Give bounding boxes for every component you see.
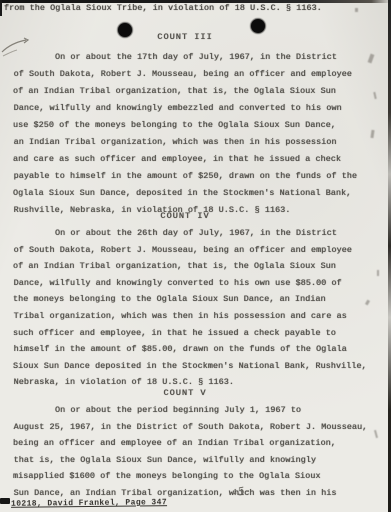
hole-punch-icon xyxy=(251,19,265,33)
text-line: and care as such officer and employee, i… xyxy=(13,151,356,168)
text-line: of South Dakota, Robert J. Mousseau, bei… xyxy=(14,242,368,259)
scanned-document-page: from the Oglala Sioux Tribe, in violatio… xyxy=(0,0,391,512)
count-v-heading: COUNT V xyxy=(0,388,370,398)
count-iv-body: On or about the 26th day of July, 1967, … xyxy=(13,225,367,391)
text-line: August 25, 1967, in the District of Sout… xyxy=(14,419,368,436)
text-line: Oglala Sioux Sun Dance, deposited in the… xyxy=(13,185,356,202)
text-line: misapplied $1600 of the moneys belonging… xyxy=(13,468,367,485)
scan-smudge xyxy=(373,92,376,99)
scan-smudge xyxy=(355,8,358,12)
scan-smudge xyxy=(370,130,374,138)
text-line: Tribal organization, which was then in h… xyxy=(14,308,368,325)
scan-smudge xyxy=(374,430,378,438)
text-line: use $250 of the moneys belonging to the … xyxy=(13,117,356,134)
text-line: being an officer and employee of an Indi… xyxy=(13,435,367,452)
text-line: Dance, wilfully and knowingly converted … xyxy=(14,275,368,292)
scan-edge-left xyxy=(0,0,2,16)
count-v-body: On or about the period beginning July 1,… xyxy=(13,402,367,502)
text-line: payable to himself in the amount of $250… xyxy=(14,168,357,185)
text-line: On or about the 17th day of July, 1967, … xyxy=(13,49,356,66)
text-line: Sioux Sun Dance deposited in the Stockme… xyxy=(13,358,367,375)
count-iii-body: On or about the 17th day of July, 1967, … xyxy=(13,49,356,219)
archive-footer-label: 10218, David Frankel, Page 347 xyxy=(11,498,167,509)
text-line: that is, the Oglala Sioux Sun Dance, wil… xyxy=(14,452,368,469)
text-line: On or about the 26th day of July, 1967, … xyxy=(13,225,367,242)
text-line: of an Indian Tribal organization, that i… xyxy=(13,258,367,275)
scan-edge-blob xyxy=(0,498,10,504)
text-line: an Indian Tribal organization, which was… xyxy=(14,134,357,151)
text-line: himself in the amount of $85.00, drawn o… xyxy=(14,341,368,358)
count-iii-heading: COUNT III xyxy=(0,32,370,42)
scan-smudge xyxy=(377,270,379,276)
count-iv-heading: COUNT IV xyxy=(0,211,370,221)
text-line: the moneys belonging to the Oglala Sioux… xyxy=(13,291,367,308)
text-line: Dance, wilfully and knowingly embezzled … xyxy=(14,100,357,117)
scan-smudge xyxy=(368,54,375,64)
text-line: of South Dakota, Robert J. Mousseau, bei… xyxy=(14,66,357,83)
text-line: On or about the period beginning July 1,… xyxy=(13,402,367,419)
text-line: of an Indian Tribal organization, that i… xyxy=(13,83,356,100)
text-line: such officer and employee, in that he is… xyxy=(13,325,367,342)
carryover-line: from the Oglala Sioux Tribe, in violatio… xyxy=(4,3,322,13)
